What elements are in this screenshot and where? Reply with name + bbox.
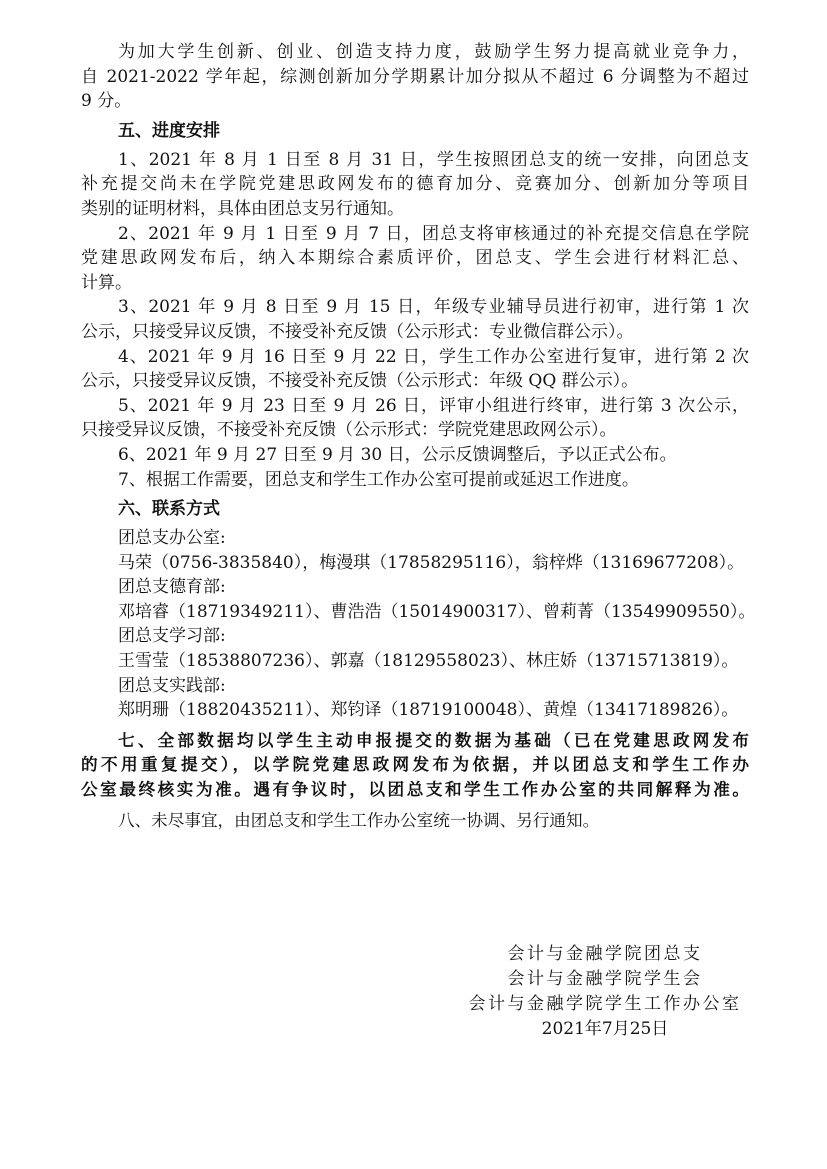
signature-org-student-union: 会计与金融学院学生会 <box>440 967 770 992</box>
department-label: 团总支实践部: <box>81 674 749 699</box>
signature-date: 2021年7月25日 <box>440 1017 770 1042</box>
contact-group-study: 团总支学习部: 王雪莹（18538807236）、郭嘉（18129558023）… <box>81 624 749 673</box>
text-line: 只接受异议反馈，不接受补充反馈（公示形式：学院党建思政网公示）。 <box>81 418 749 443</box>
text-line: 八、未尽事宜，由团总支和学生工作办公室统一协调、另行通知。 <box>81 809 749 834</box>
section-heading-schedule: 五、进度安排 <box>81 114 749 148</box>
contact-group-practice: 团总支实践部: 郑明珊（18820435211）、郑钧译（18719100048… <box>81 674 749 723</box>
department-label: 团总支德育部: <box>81 575 749 600</box>
signature-org-student-affairs: 会计与金融学院学生工作办公室 <box>440 992 770 1017</box>
contact-list: 马荣（0756-3835840），梅漫琪（17858295116），翁梓烨（13… <box>81 551 749 576</box>
schedule-item-3: 3、2021 年 9 月 8 日至 9 月 15 日，年级专业辅导员进行初审，进… <box>81 295 749 344</box>
intro-paragraph: 为加大学生创新、创业、创造支持力度，鼓励学生努力提高就业竞争力， 自 2021-… <box>81 40 749 114</box>
schedule-item-4: 4、2021 年 9 月 16 日至 9 月 22 日，学生工作办公室进行复审，… <box>81 345 749 394</box>
text-line: 1、2021 年 8 月 1 日至 8 月 31 日，学生按照团总支的统一安排，… <box>81 148 749 173</box>
schedule-item-7: 7、根据工作需要，团总支和学生工作办公室可提前或延迟工作进度。 <box>81 468 749 493</box>
text-line: 5、2021 年 9 月 23 日至 9 月 26 日，评审小组进行终审，进行第… <box>81 394 749 419</box>
text-line: 6、2021 年 9 月 27 日至 9 月 30 日，公示反馈调整后，予以正式… <box>81 443 749 468</box>
text-line: 七、全部数据均以学生主动申报提交的数据为基础（已在党建思政网发布 <box>81 729 749 754</box>
text-line: 为加大学生创新、创业、创造支持力度，鼓励学生努力提高就业竞争力， <box>81 40 749 65</box>
schedule-item-2: 2、2021 年 9 月 1 日至 9 月 7 日，团总支将审核通过的补充提交信… <box>81 222 749 296</box>
text-line: 4、2021 年 9 月 16 日至 9 月 22 日，学生工作办公室进行复审，… <box>81 345 749 370</box>
text-line: 自 2021-2022 学年起，综测创新加分学期累计加分拟从不超过 6 分调整为… <box>81 65 749 90</box>
schedule-item-6: 6、2021 年 9 月 27 日至 9 月 30 日，公示反馈调整后，予以正式… <box>81 443 749 468</box>
section-heading-contacts: 六、联系方式 <box>81 492 749 526</box>
text-line: 7、根据工作需要，团总支和学生工作办公室可提前或延迟工作进度。 <box>81 468 749 493</box>
schedule-item-5: 5、2021 年 9 月 23 日至 9 月 26 日，评审小组进行终审，进行第… <box>81 394 749 443</box>
signature-block: 会计与金融学院团总支 会计与金融学院学生会 会计与金融学院学生工作办公室 202… <box>440 942 770 1042</box>
document-page: 为加大学生创新、创业、创造支持力度，鼓励学生努力提高就业竞争力， 自 2021-… <box>81 40 749 833</box>
schedule-item-1: 1、2021 年 8 月 1 日至 8 月 31 日，学生按照团总支的统一安排，… <box>81 148 749 222</box>
contact-list: 邓培睿（18719349211）、曹浩浩（15014900317）、曾莉菁（13… <box>81 600 749 625</box>
contact-group-office: 团总支办公室: 马荣（0756-3835840），梅漫琪（17858295116… <box>81 526 749 575</box>
text-line: 3、2021 年 9 月 8 日至 9 月 15 日，年级专业辅导员进行初审，进… <box>81 295 749 320</box>
department-label: 团总支学习部: <box>81 624 749 649</box>
text-line: 公示，只接受异议反馈，不接受补充反馈（公示形式：专业微信群公示）。 <box>81 320 749 345</box>
text-line: 党建思政网发布后，纳入本期综合素质评价，团总支、学生会进行材料汇总、 <box>81 246 749 271</box>
contact-group-moral-education: 团总支德育部: 邓培睿（18719349211）、曹浩浩（15014900317… <box>81 575 749 624</box>
section-7-paragraph: 七、全部数据均以学生主动申报提交的数据为基础（已在党建思政网发布 的不用重复提交… <box>81 729 749 803</box>
text-line: 的不用重复提交），以学院党建思政网发布为依据，并以团总支和学生工作办 <box>81 753 749 778</box>
signature-org-youth-league: 会计与金融学院团总支 <box>440 942 770 967</box>
text-line: 类别的证明材料，具体由团总支另行通知。 <box>81 197 749 222</box>
text-line: 公示，只接受异议反馈，不接受补充反馈（公示形式：年级 QQ 群公示）。 <box>81 369 749 394</box>
contact-list: 王雪莹（18538807236）、郭嘉（18129558023）、林庄娇（137… <box>81 649 749 674</box>
department-label: 团总支办公室: <box>81 526 749 551</box>
text-line: 计算。 <box>81 271 749 296</box>
text-line: 9 分。 <box>81 89 749 114</box>
contact-list: 郑明珊（18820435211）、郑钧译（18719100048）、黄煌（134… <box>81 698 749 723</box>
text-line: 2、2021 年 9 月 1 日至 9 月 7 日，团总支将审核通过的补充提交信… <box>81 222 749 247</box>
text-line: 公室最终核实为准。遇有争议时，以团总支和学生工作办公室的共同解释为准。 <box>81 778 749 803</box>
section-8-paragraph: 八、未尽事宜，由团总支和学生工作办公室统一协调、另行通知。 <box>81 809 749 834</box>
text-line: 补充提交尚未在学院党建思政网发布的德育加分、竞赛加分、创新加分等项目 <box>81 172 749 197</box>
